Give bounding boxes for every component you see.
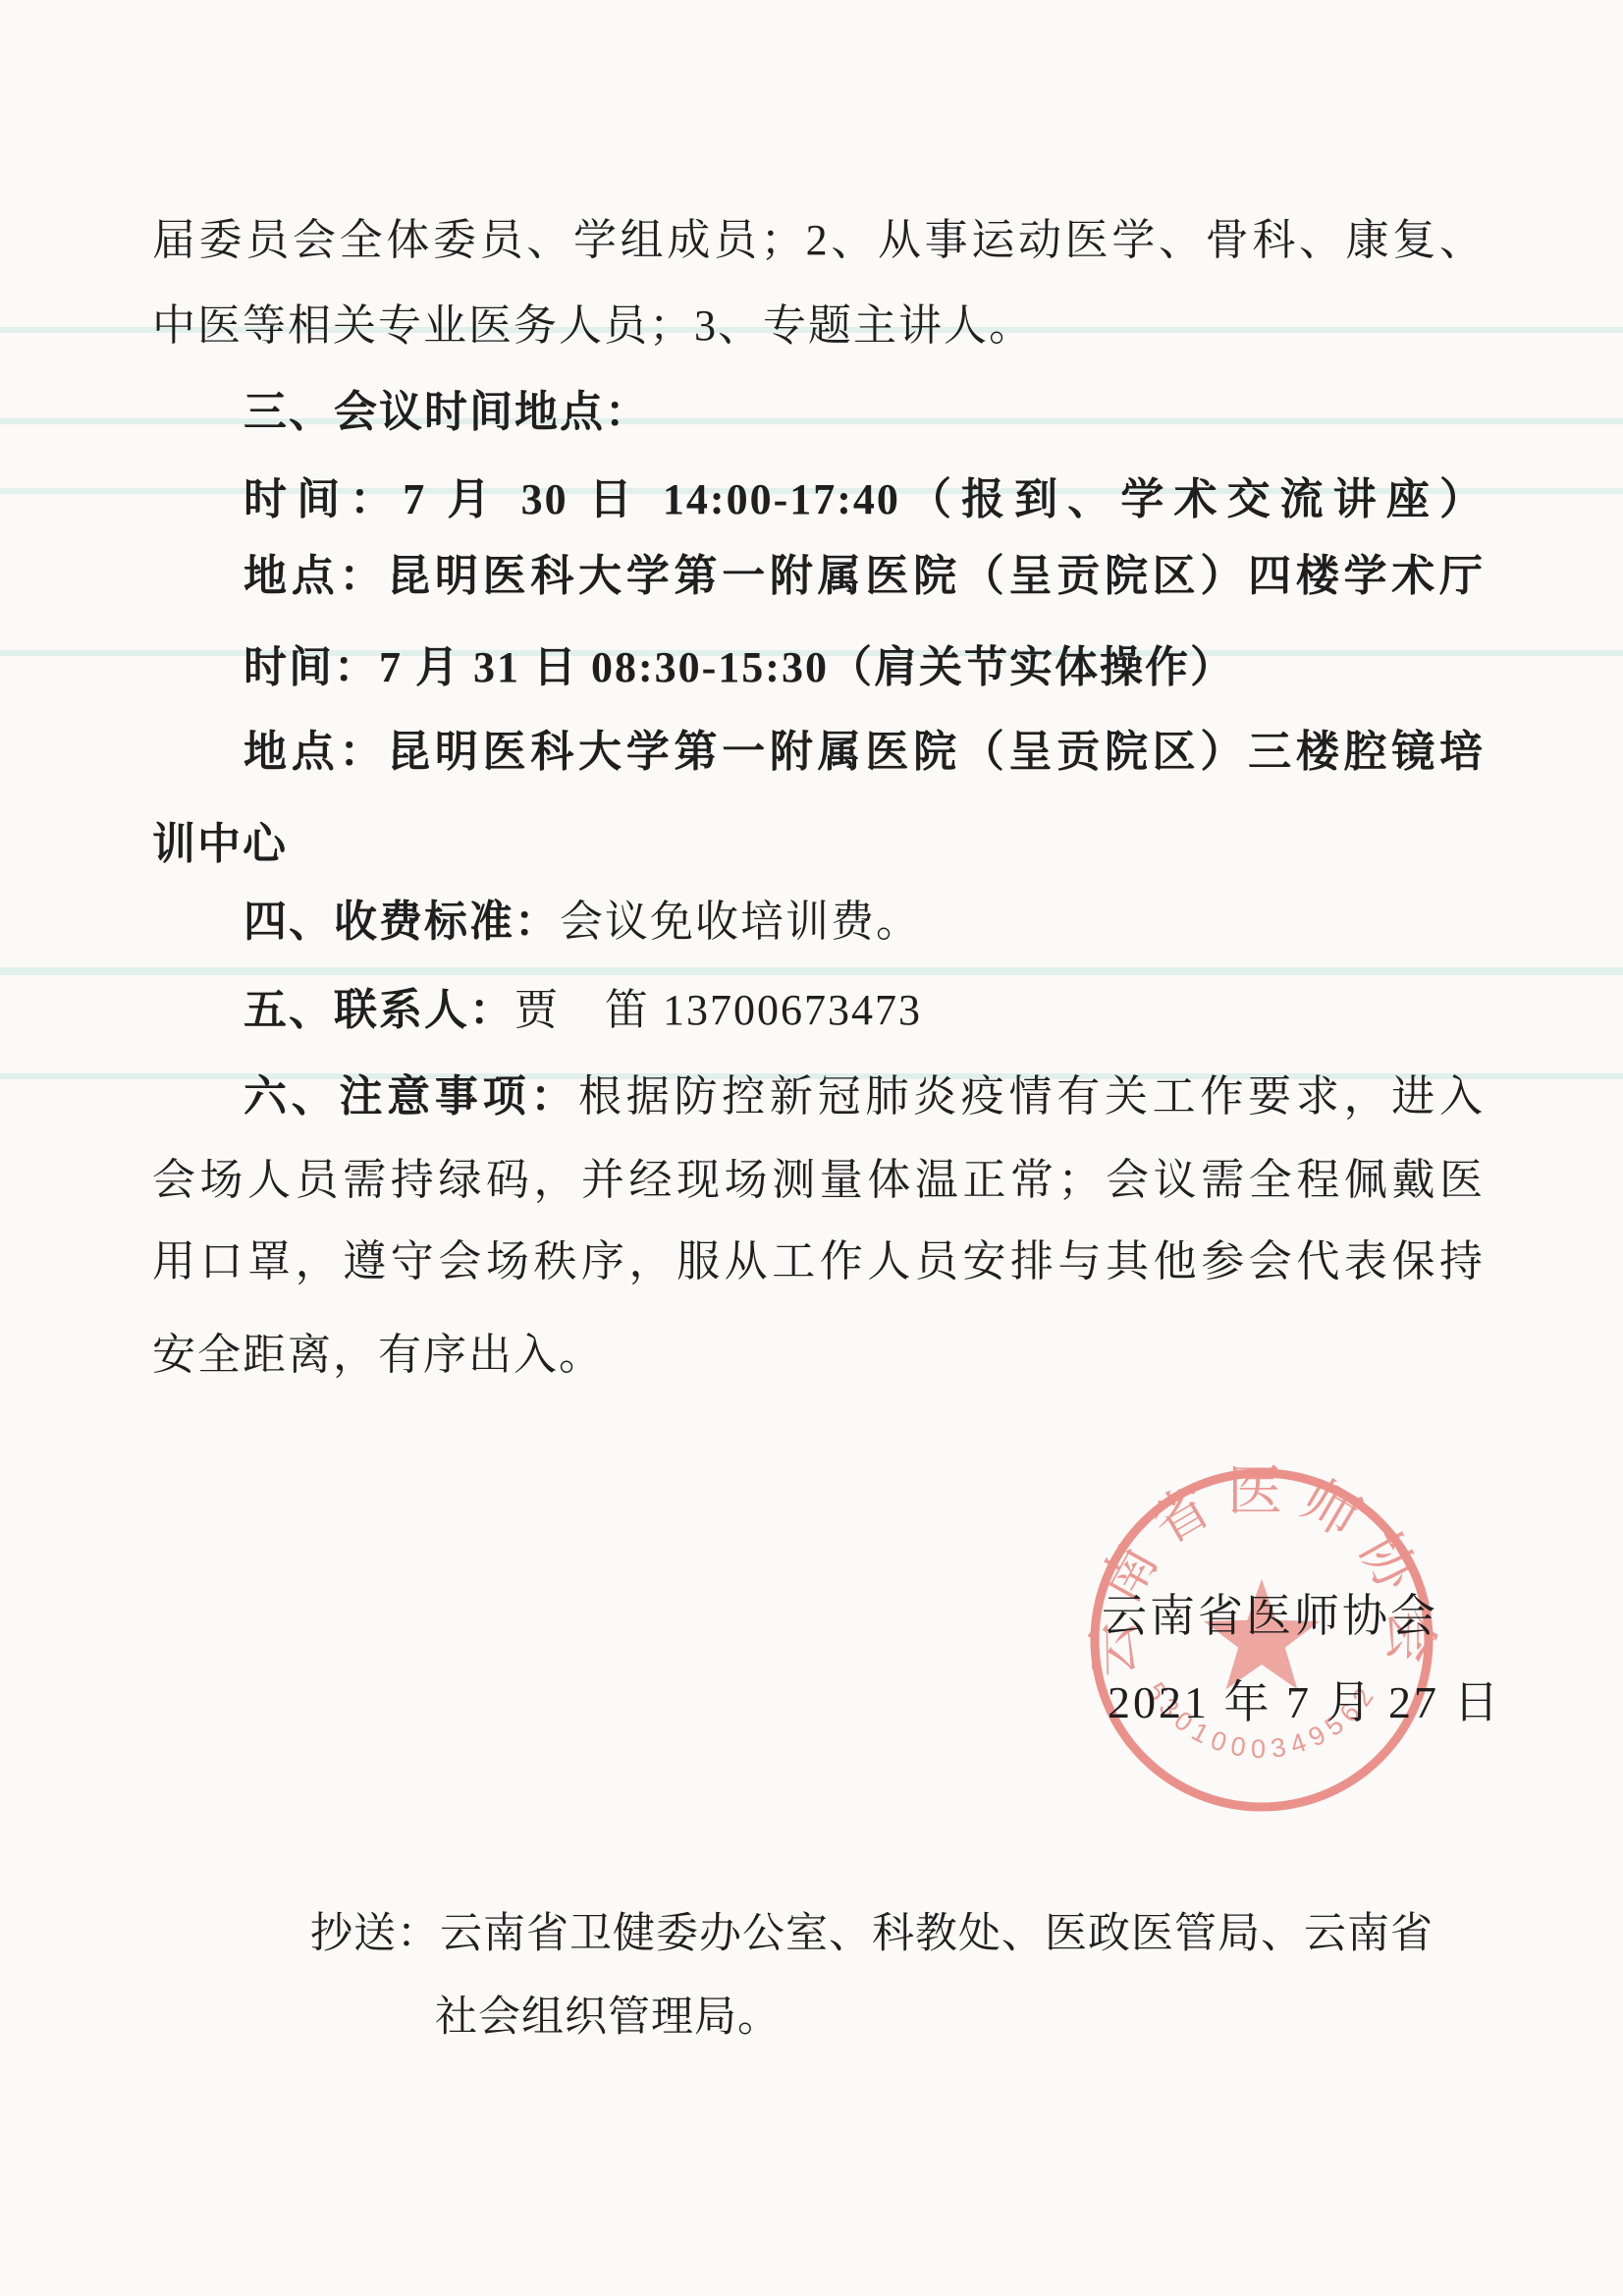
scan-artifact-line xyxy=(0,967,1623,975)
cc-line-1: 抄送：云南省卫健委办公室、科教处、医政医管局、云南省 xyxy=(310,1909,1434,1960)
notes-line-3: 用口罩，遵守会场秩序，服从工作人员安排与其他参会代表保持 xyxy=(152,1236,1485,1287)
meeting-place-2: 地点：昆明医科大学第一附属医院（呈贡院区）三楼腔镜培 xyxy=(243,727,1485,778)
section-contact: 五、联系人：贾 笛 13700673473 xyxy=(243,985,922,1036)
signature-date: 2021 年 7 月 27 日 xyxy=(1108,1676,1502,1729)
section-contact-label: 五、联系人： xyxy=(243,986,514,1034)
meeting-time-1: 时间：7 月 30 日 14:00-17:40（报到、学术交流讲座） xyxy=(243,474,1485,525)
section-heading-time-place: 三、会议时间地点： xyxy=(243,387,650,438)
section-notes-label: 六、注意事项： xyxy=(243,1072,578,1121)
signature-organization: 云南省医师协会 xyxy=(1102,1590,1438,1643)
section-fee-label: 四、收费标准： xyxy=(243,898,560,946)
section-fee: 四、收费标准：会议免收培训费。 xyxy=(243,897,921,948)
notes-line-2: 会场人员需持绿码，并经现场测量体温正常；会议需全程佩戴医 xyxy=(152,1155,1485,1206)
meeting-place-2-cont: 训中心 xyxy=(152,819,288,870)
section-notes-text: 根据防控新冠肺炎疫情有关工作要求，进入 xyxy=(578,1072,1485,1121)
section-fee-text: 会议免收培训费。 xyxy=(560,898,921,946)
meeting-place-1: 地点：昆明医科大学第一附属医院（呈贡院区）四楼学术厅 xyxy=(243,551,1485,602)
section-contact-text: 贾 笛 13700673473 xyxy=(514,986,922,1034)
notes-line-4: 安全距离，有序出入。 xyxy=(152,1330,604,1381)
document-page: 届委员会全体委员、学组成员；2、从事运动医学、骨科、康复、 中医等相关专业医务人… xyxy=(0,0,1623,2296)
cc-line-2: 社会组织管理局。 xyxy=(435,1993,781,2044)
body-line-attendees-2: 中医等相关专业医务人员；3、专题主讲人。 xyxy=(152,301,1034,352)
body-line-attendees-1: 届委员会全体委员、学组成员；2、从事运动医学、骨科、康复、 xyxy=(152,215,1485,266)
section-notes: 六、注意事项：根据防控新冠肺炎疫情有关工作要求，进入 xyxy=(243,1071,1485,1122)
meeting-time-2: 时间：7 月 31 日 08:30-15:30（肩关节实体操作） xyxy=(243,642,1235,693)
